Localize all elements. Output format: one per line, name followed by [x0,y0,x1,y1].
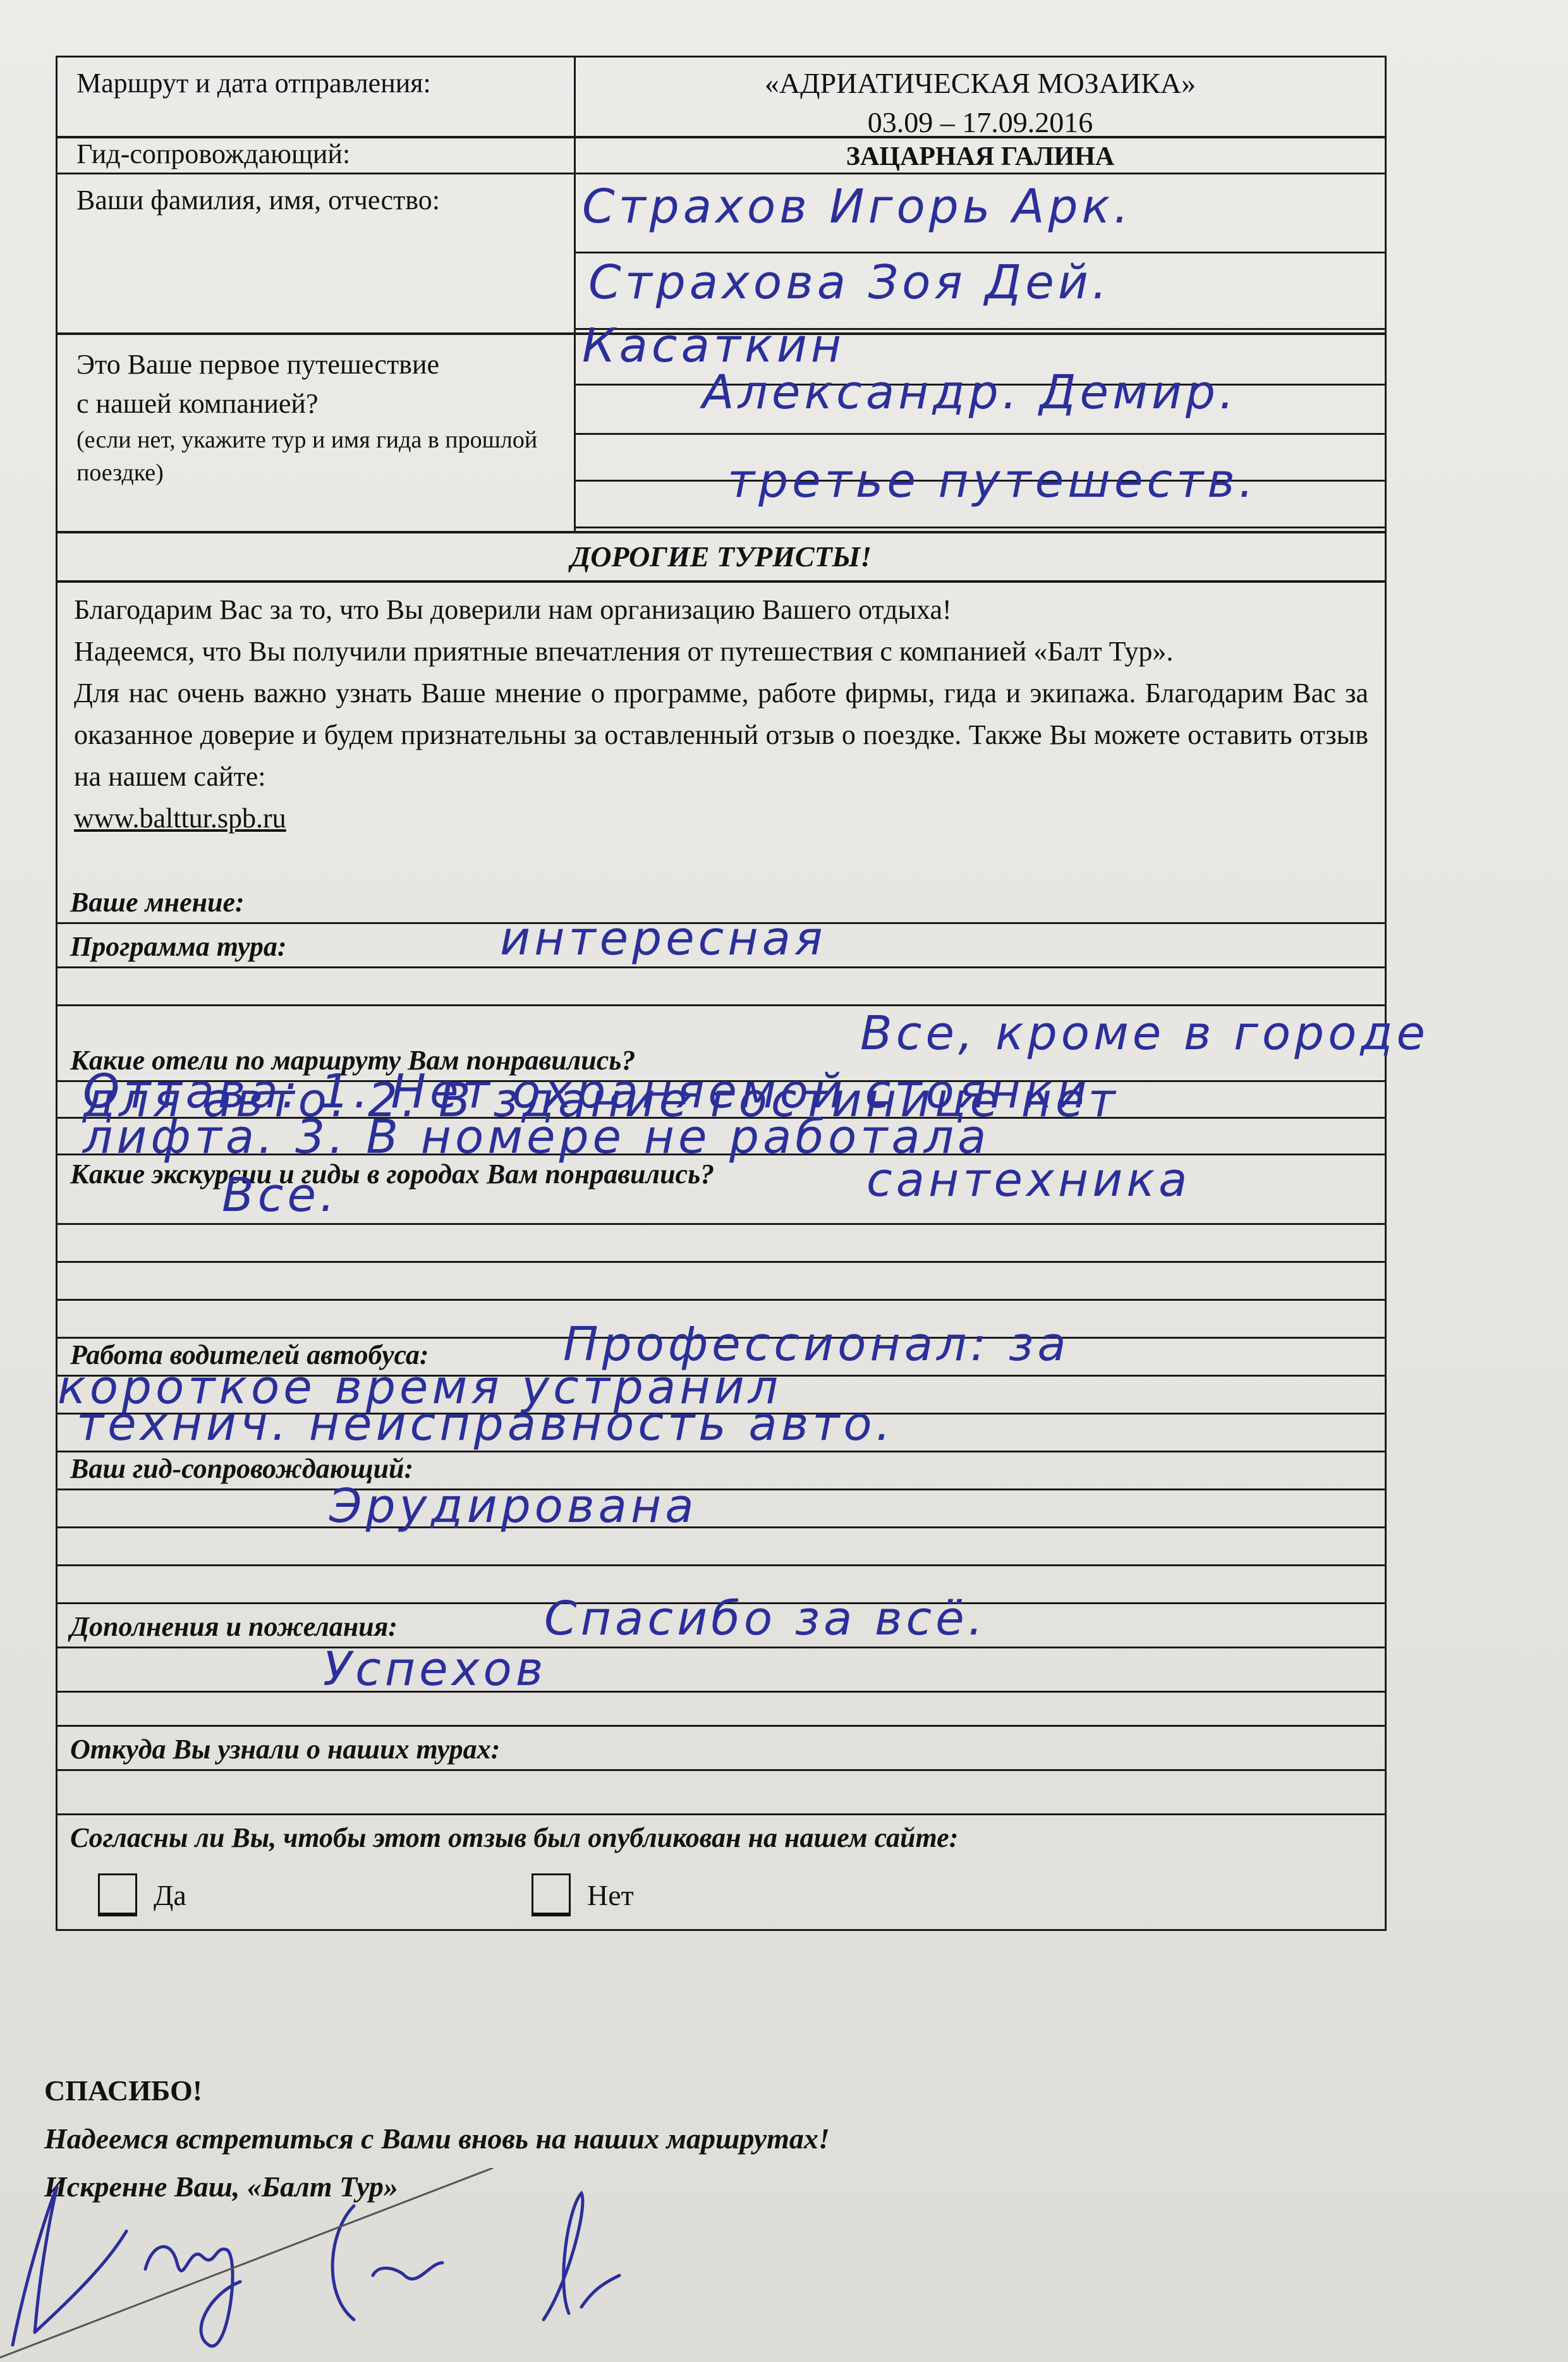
route-label: Маршрут и дата отправления: [58,58,576,136]
consent-section: Согласны ли Вы, чтобы этот отзыв был опу… [58,1815,1385,1929]
name-line-1: Страхов Игорь Арк. [582,187,1133,226]
first-trip-field[interactable]: Касаткин Александр. Демир. третье путеше… [576,335,1385,531]
name-label: Ваши фамилия, имя, отчество: [58,174,576,332]
handwritten-signature [0,2168,1264,2362]
hotels-answer-5: сантехника [866,1153,1191,1207]
excursions-row-2[interactable] [58,1225,1385,1263]
guide-opinion-row-2[interactable]: Эрудирована [58,1490,1385,1528]
excursions-row[interactable]: Какие экскурсии и гиды в городах Вам пон… [58,1155,1385,1225]
route-name: «АДРИАТИЧЕСКАЯ МОЗАИКА» [588,64,1372,103]
first-trip-row: Это Ваше первое путешествие с нашей комп… [58,335,1385,533]
consent-label: Согласны ли Вы, чтобы этот отзыв был опу… [70,1822,958,1853]
drivers-answer-3: технич. неисправность авто. [76,1397,894,1451]
intro-text: Благодарим Вас за то, что Вы доверили на… [58,583,1385,855]
source-label: Откуда Вы узнали о наших турах: [58,1733,500,1765]
guide-row: Гид-сопровождающий: ЗАЦАРНАЯ ГАЛИНА [58,138,1385,174]
first-trip-line-1: Касаткин [582,326,845,365]
consent-yes-checkbox[interactable] [98,1873,137,1916]
feedback-form: Маршрут и дата отправления: «АДРИАТИЧЕСК… [56,56,1387,1931]
consent-yes-label: Да [154,1878,186,1912]
first-trip-note: (если нет, укажите тур и имя гида в прош… [76,423,555,489]
section-title: ДОРОГИЕ ТУРИСТЫ! [58,533,1385,583]
wishes-answer-2: Успехов [323,1642,547,1696]
wishes-label: Дополнения и пожелания: [58,1610,398,1643]
hope-text: Надеемся встретиться с Вами вновь на наш… [44,2115,830,2163]
first-trip-label: Это Ваше первое путешествие с нашей комп… [58,335,576,531]
consent-no-label: Нет [587,1878,634,1912]
name-line-2: Страхова Зоя Дей. [588,263,1110,302]
excursions-row-3[interactable] [58,1263,1385,1301]
first-trip-line-2: Александр. Демир. [702,373,1238,412]
drivers-row-3[interactable]: технич. неисправность авто. [58,1415,1385,1452]
hotels-row[interactable]: Какие отели по маршруту Вам понравились?… [58,1006,1385,1082]
wishes-row-2[interactable]: Успехов [58,1648,1385,1693]
program-answer: интересная [500,911,827,966]
name-row: Ваши фамилия, имя, отчество: Страхов Иго… [58,174,1385,335]
wishes-row-3[interactable] [58,1693,1385,1727]
opinion-title: Ваше мнение: [58,886,245,918]
excursions-answer: Все. [222,1168,339,1222]
website-link[interactable]: www.balttur.spb.ru [74,803,286,834]
thanks-text: СПАСИБО! [44,2067,830,2115]
guide-name: ЗАЦАРНАЯ ГАЛИНА [576,138,1385,173]
hotels-answer-1: Все, кроме в городе [860,1006,1429,1061]
consent-no-checkbox[interactable] [532,1873,571,1916]
route-value: «АДРИАТИЧЕСКАЯ МОЗАИКА» 03.09 – 17.09.20… [576,58,1385,136]
wishes-row[interactable]: Дополнения и пожелания: Спасибо за всё. [58,1604,1385,1648]
source-row[interactable]: Откуда Вы узнали о наших турах: [58,1727,1385,1771]
first-trip-answer: третье путешеств. [727,461,1257,501]
guide-opinion-answer: Эрудирована [329,1479,698,1533]
consent-yes-option[interactable]: Да [98,1873,186,1916]
program-row[interactable]: Программа тура: интересная [58,924,1385,968]
program-label: Программа тура: [58,930,286,963]
excursions-label: Какие экскурсии и гиды в городах Вам пон… [58,1158,714,1190]
guide-opinion-row[interactable]: Ваш гид-сопровождающий: [58,1452,1385,1490]
guide-opinion-row-3[interactable] [58,1528,1385,1566]
route-row: Маршрут и дата отправления: «АДРИАТИЧЕСК… [58,58,1385,138]
name-field[interactable]: Страхов Игорь Арк. Страхова Зоя Дей. [576,174,1385,332]
blank-row[interactable] [58,968,1385,1006]
guide-label: Гид-сопровождающий: [58,138,576,173]
source-row-2[interactable] [58,1771,1385,1815]
hotels-row-3[interactable]: лифта. 3. В номере не работала [58,1119,1385,1155]
consent-no-option[interactable]: Нет [532,1873,634,1916]
route-dates: 03.09 – 17.09.2016 [588,103,1372,142]
wishes-answer-1: Спасибо за всё. [544,1592,987,1646]
